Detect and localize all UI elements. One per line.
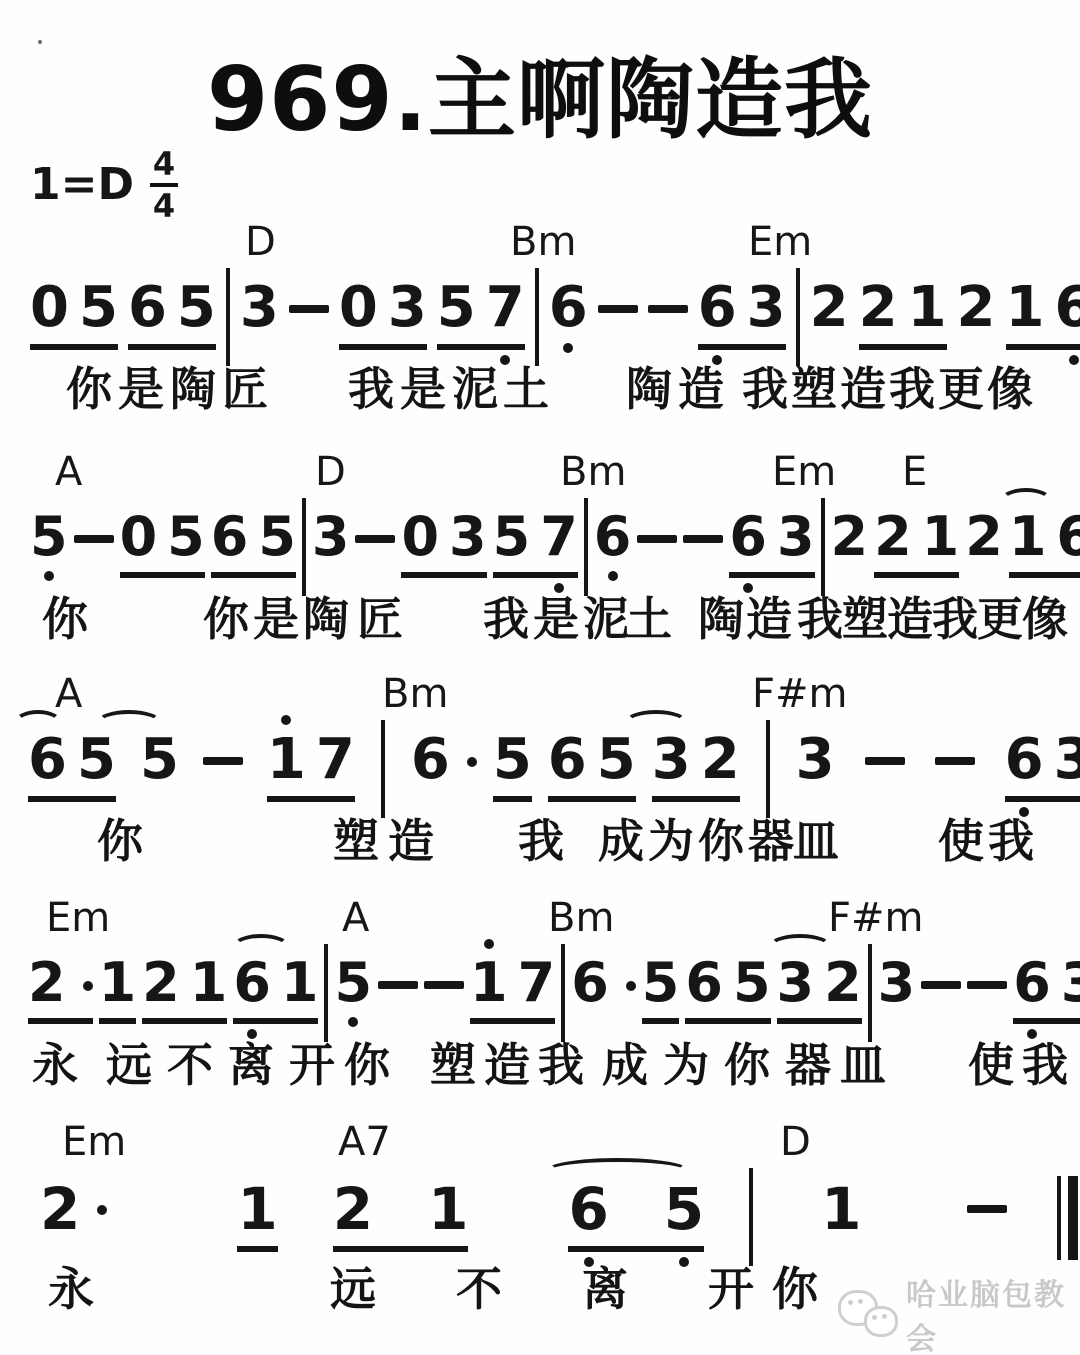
note-1: 1 [1006, 280, 1045, 336]
notes-row: 056530357663221216 [30, 280, 1080, 366]
note-group: 2 [40, 1180, 107, 1238]
scan-speck [38, 40, 42, 44]
note-3: 3 [747, 280, 786, 336]
lyric: 塑造 [430, 1038, 538, 1093]
note-5: 5 [177, 280, 216, 336]
note-6: 6 [411, 732, 450, 788]
note-1: 1 [190, 956, 228, 1010]
octave-dot-above [281, 715, 291, 725]
final-barline-thick [1068, 1176, 1078, 1260]
note-group: 03 [339, 280, 427, 350]
note-2: 2 [831, 510, 869, 564]
note-group: 3 [796, 732, 835, 788]
note-6: 6 [1013, 956, 1051, 1010]
duration-dash [967, 981, 1007, 989]
barline [766, 720, 770, 818]
lyric: 使我 [938, 814, 1038, 869]
note-1: 1 [428, 1180, 468, 1238]
key-signature: 1=D 4 4 [30, 148, 178, 222]
note-5: 5 [77, 732, 116, 788]
lyric: 你 [42, 592, 88, 647]
note-group: 03 [401, 510, 486, 578]
lyric: 我 [538, 1038, 584, 1093]
note-6: 6 [549, 280, 588, 336]
lyric: 你 [344, 1038, 390, 1093]
chord-label: A [55, 452, 82, 492]
note-2: 2 [824, 956, 862, 1010]
note-3: 3 [312, 510, 350, 564]
note-3: 3 [1054, 732, 1080, 788]
duration-dash [203, 757, 243, 765]
note-group: 65 [128, 280, 216, 350]
duration-dash [935, 757, 975, 765]
note-6: 6 [128, 280, 167, 336]
note-3: 3 [1061, 956, 1080, 1010]
note-6: 6 [729, 510, 767, 564]
note-group: 63 [729, 510, 814, 578]
note-6: 6 [28, 732, 67, 788]
duration-dash [648, 305, 688, 313]
note-6: 6 [698, 280, 737, 336]
note-group: 5 [140, 732, 179, 788]
barline [381, 720, 385, 818]
chord-label: A [55, 674, 82, 714]
note-group: 16 [1009, 510, 1080, 578]
note-3: 3 [240, 280, 279, 336]
wechat-icon [836, 1286, 900, 1342]
note-3: 3 [777, 956, 815, 1010]
lyric: 我是泥 [348, 362, 504, 417]
note-3: 3 [388, 280, 427, 336]
lyric: 你 [97, 814, 143, 869]
octave-dot-below [679, 1257, 689, 1267]
notes-row: 2121651 [40, 1180, 1078, 1266]
chord-label: Em [46, 898, 110, 938]
note-3: 3 [777, 510, 815, 564]
lyric: 匠 [222, 362, 268, 417]
lyric: 我 [518, 814, 564, 869]
octave-dot-below [608, 571, 618, 581]
note-group: 57 [493, 510, 578, 578]
note-group: 05 [30, 280, 118, 350]
note-1: 1 [1009, 510, 1047, 564]
duration-dash [424, 981, 464, 989]
note-1: 1 [908, 280, 947, 336]
note-5: 5 [334, 956, 372, 1010]
note-2: 2 [810, 280, 849, 336]
note-group: 21 [142, 956, 227, 1024]
note-7: 7 [540, 510, 578, 564]
lyric: 陶造 [626, 362, 730, 417]
note-5: 5 [140, 732, 179, 788]
lyric: 开 [708, 1262, 754, 1317]
scan-speck [668, 96, 671, 99]
note-1: 1 [922, 510, 960, 564]
duration-dash [967, 1205, 1007, 1213]
chord-label: D [245, 222, 276, 262]
lyric: 匠 [357, 592, 403, 647]
note-1: 1 [99, 956, 137, 1010]
note-2: 2 [701, 732, 740, 788]
augmentation-dot [467, 757, 477, 767]
time-signature-top: 4 [153, 148, 175, 180]
note-3: 3 [796, 732, 835, 788]
barline [561, 944, 565, 1042]
note-group: 32 [777, 956, 862, 1024]
song-title: 969.主啊陶造我 [0, 30, 1080, 156]
note-5: 5 [642, 956, 680, 1010]
time-signature: 4 4 [150, 148, 178, 222]
note-group: 2 [28, 956, 93, 1024]
lyric: 永 [32, 1038, 78, 1093]
note-6: 6 [548, 732, 587, 788]
note-group: 2 [831, 510, 869, 564]
note-1: 1 [267, 732, 306, 788]
octave-dot-below [563, 343, 573, 353]
lyric: 塑造 [333, 814, 443, 869]
note-group: 1 [237, 1180, 277, 1252]
barline [584, 498, 588, 596]
duration-dash [921, 981, 961, 989]
note-1: 1 [470, 956, 508, 1010]
chord-label: Bm [548, 898, 614, 938]
music-system-3: ABmF#m65517656532363你塑造我成为你器皿使我 [0, 674, 1080, 902]
note-group: 6 [571, 956, 636, 1010]
note-6: 6 [568, 1180, 608, 1238]
barline [226, 268, 230, 366]
barline [749, 1168, 753, 1266]
note-5: 5 [79, 280, 118, 336]
lyric: 远不离开 [106, 1038, 350, 1093]
note-group: 32 [652, 732, 740, 802]
lyric: 我塑造我更像 [742, 362, 1036, 417]
note-group: 1 [99, 956, 137, 1024]
note-6: 6 [1005, 732, 1044, 788]
lyric: 土 [626, 592, 672, 647]
note-5: 5 [258, 510, 296, 564]
lyric: 你是陶 [66, 362, 222, 417]
note-group: 65 [211, 510, 296, 578]
note-0: 0 [339, 280, 378, 336]
music-system-2: ADBmEmE5056530357663221216你你是陶匠我是泥土陶造我塑造… [0, 452, 1080, 680]
note-5: 5 [733, 956, 771, 1010]
note-group: 21 [859, 280, 947, 350]
lyric: 成为你器 [602, 1038, 846, 1093]
chord-label: Em [748, 222, 812, 262]
time-signature-bottom: 4 [153, 190, 175, 222]
note-group: 63 [698, 280, 786, 350]
note-7: 7 [486, 280, 525, 336]
barline [796, 268, 800, 366]
note-group: 65 [28, 732, 116, 802]
note-1: 1 [237, 1180, 277, 1238]
note-6: 6 [233, 956, 271, 1010]
note-6: 6 [1056, 510, 1080, 564]
chord-label: D [780, 1122, 811, 1162]
note-group: 6 [594, 510, 632, 564]
chord-label: F#m [828, 898, 924, 938]
barline [324, 944, 328, 1042]
note-5: 5 [437, 280, 476, 336]
note-group: 65 [568, 1180, 704, 1252]
note-5: 5 [493, 732, 532, 788]
lyric: 我塑造我更像 [797, 592, 1067, 647]
note-0: 0 [120, 510, 158, 564]
lyric: 成为你器 [598, 814, 798, 869]
chord-label: Bm [382, 674, 448, 714]
lyric: 远 [330, 1262, 376, 1317]
chord-label: Bm [560, 452, 626, 492]
note-1: 1 [281, 956, 319, 1010]
note-0: 0 [401, 510, 439, 564]
final-barline-thin [1057, 1176, 1061, 1260]
note-group: 21 [874, 510, 959, 578]
note-6: 6 [1054, 280, 1080, 336]
duration-dash [355, 535, 395, 543]
lyric: 皿 [793, 814, 839, 869]
barline [821, 498, 825, 596]
watermark-text: 哈业脑包教会 [906, 1270, 1080, 1355]
notes-row: 212161517656532363 [28, 956, 1080, 1042]
note-group: 5 [642, 956, 680, 1024]
note-group: 63 [1013, 956, 1080, 1024]
note-6: 6 [571, 956, 609, 1010]
note-7: 7 [316, 732, 355, 788]
chord-label: A [342, 898, 369, 938]
lyric: 皿 [840, 1038, 886, 1093]
lyric: 离 [582, 1262, 628, 1317]
note-group: 65 [685, 956, 770, 1024]
note-group: 17 [470, 956, 555, 1024]
note-2: 2 [40, 1180, 80, 1238]
note-group: 3 [312, 510, 350, 564]
chord-label: F#m [752, 674, 848, 714]
note-group: 5 [334, 956, 372, 1010]
duration-dash [637, 535, 677, 543]
notes-row: 65517656532363 [28, 732, 1080, 818]
duration-dash [378, 981, 418, 989]
duration-dash [865, 757, 905, 765]
note-6: 6 [594, 510, 632, 564]
augmentation-dot [97, 1205, 107, 1215]
chord-label: E [902, 452, 927, 492]
note-6: 6 [211, 510, 249, 564]
notes-row: 5056530357663221216 [30, 510, 1080, 596]
note-group: 2 [957, 280, 996, 336]
chord-label: Bm [510, 222, 576, 262]
lyric: 你是陶 [203, 592, 353, 647]
note-2: 2 [142, 956, 180, 1010]
note-group: 57 [437, 280, 525, 350]
octave-dot-below [348, 1017, 358, 1027]
note-group: 6 [549, 280, 588, 336]
lyric: 陶造 [698, 592, 794, 647]
chord-label: D [315, 452, 346, 492]
note-2: 2 [965, 510, 1003, 564]
note-group: 3 [878, 956, 916, 1010]
note-5: 5 [167, 510, 205, 564]
augmentation-dot [83, 981, 93, 991]
note-1: 1 [821, 1180, 861, 1238]
chord-label: Em [772, 452, 836, 492]
note-5: 5 [664, 1180, 704, 1238]
duration-dash [74, 535, 114, 543]
note-2: 2 [957, 280, 996, 336]
final-barline [1057, 1176, 1078, 1260]
note-group: 1 [821, 1180, 861, 1238]
octave-dot-below [44, 571, 54, 581]
music-system-4: EmABmF#m212161517656532363永远不离开你塑造我成为你器皿… [0, 898, 1080, 1126]
duration-dash [683, 535, 723, 543]
watermark: 哈业脑包教会 [836, 1270, 1080, 1355]
lyric: 土 [503, 362, 549, 417]
note-group: 63 [1005, 732, 1080, 802]
lyric: 你 [772, 1262, 818, 1317]
barline [535, 268, 539, 366]
chord-label: Em [62, 1122, 126, 1162]
duration-dash [598, 305, 638, 313]
note-group: 2 [810, 280, 849, 336]
note-6: 6 [685, 956, 723, 1010]
note-group: 65 [548, 732, 636, 802]
lyric: 不 [456, 1262, 502, 1317]
note-3: 3 [449, 510, 487, 564]
note-0: 0 [30, 280, 69, 336]
key-label: 1=D [30, 163, 134, 207]
octave-dot-above [484, 939, 494, 949]
note-group: 21 [333, 1180, 469, 1252]
note-2: 2 [859, 280, 898, 336]
note-group: 5 [493, 732, 532, 802]
note-group: 17 [267, 732, 355, 802]
sheet-music-page: 969.主啊陶造我 1=D 4 4 DBmEm05653035766322121… [0, 0, 1080, 1355]
duration-dash [289, 305, 329, 313]
note-2: 2 [874, 510, 912, 564]
note-group: 6 [411, 732, 477, 788]
octave-dot-below [1069, 355, 1079, 365]
note-3: 3 [652, 732, 691, 788]
lyric: 永 [48, 1262, 94, 1317]
lyric: 使我 [968, 1038, 1076, 1093]
note-5: 5 [493, 510, 531, 564]
augmentation-dot [626, 981, 636, 991]
note-group: 5 [30, 510, 68, 564]
note-7: 7 [518, 956, 556, 1010]
note-2: 2 [333, 1180, 373, 1238]
barline [302, 498, 306, 596]
note-group: 2 [965, 510, 1003, 564]
chord-label: A7 [338, 1122, 391, 1162]
note-3: 3 [878, 956, 916, 1010]
lyric: 我是泥 [483, 592, 633, 647]
music-system-1: DBmEm056530357663221216你是陶匠我是泥土陶造我塑造我更像 [0, 222, 1080, 450]
barline [868, 944, 872, 1042]
note-5: 5 [597, 732, 636, 788]
note-5: 5 [30, 510, 68, 564]
note-group: 05 [120, 510, 205, 578]
note-group: 61 [233, 956, 318, 1024]
note-2: 2 [28, 956, 66, 1010]
note-group: 3 [240, 280, 279, 336]
note-group: 16 [1006, 280, 1080, 350]
